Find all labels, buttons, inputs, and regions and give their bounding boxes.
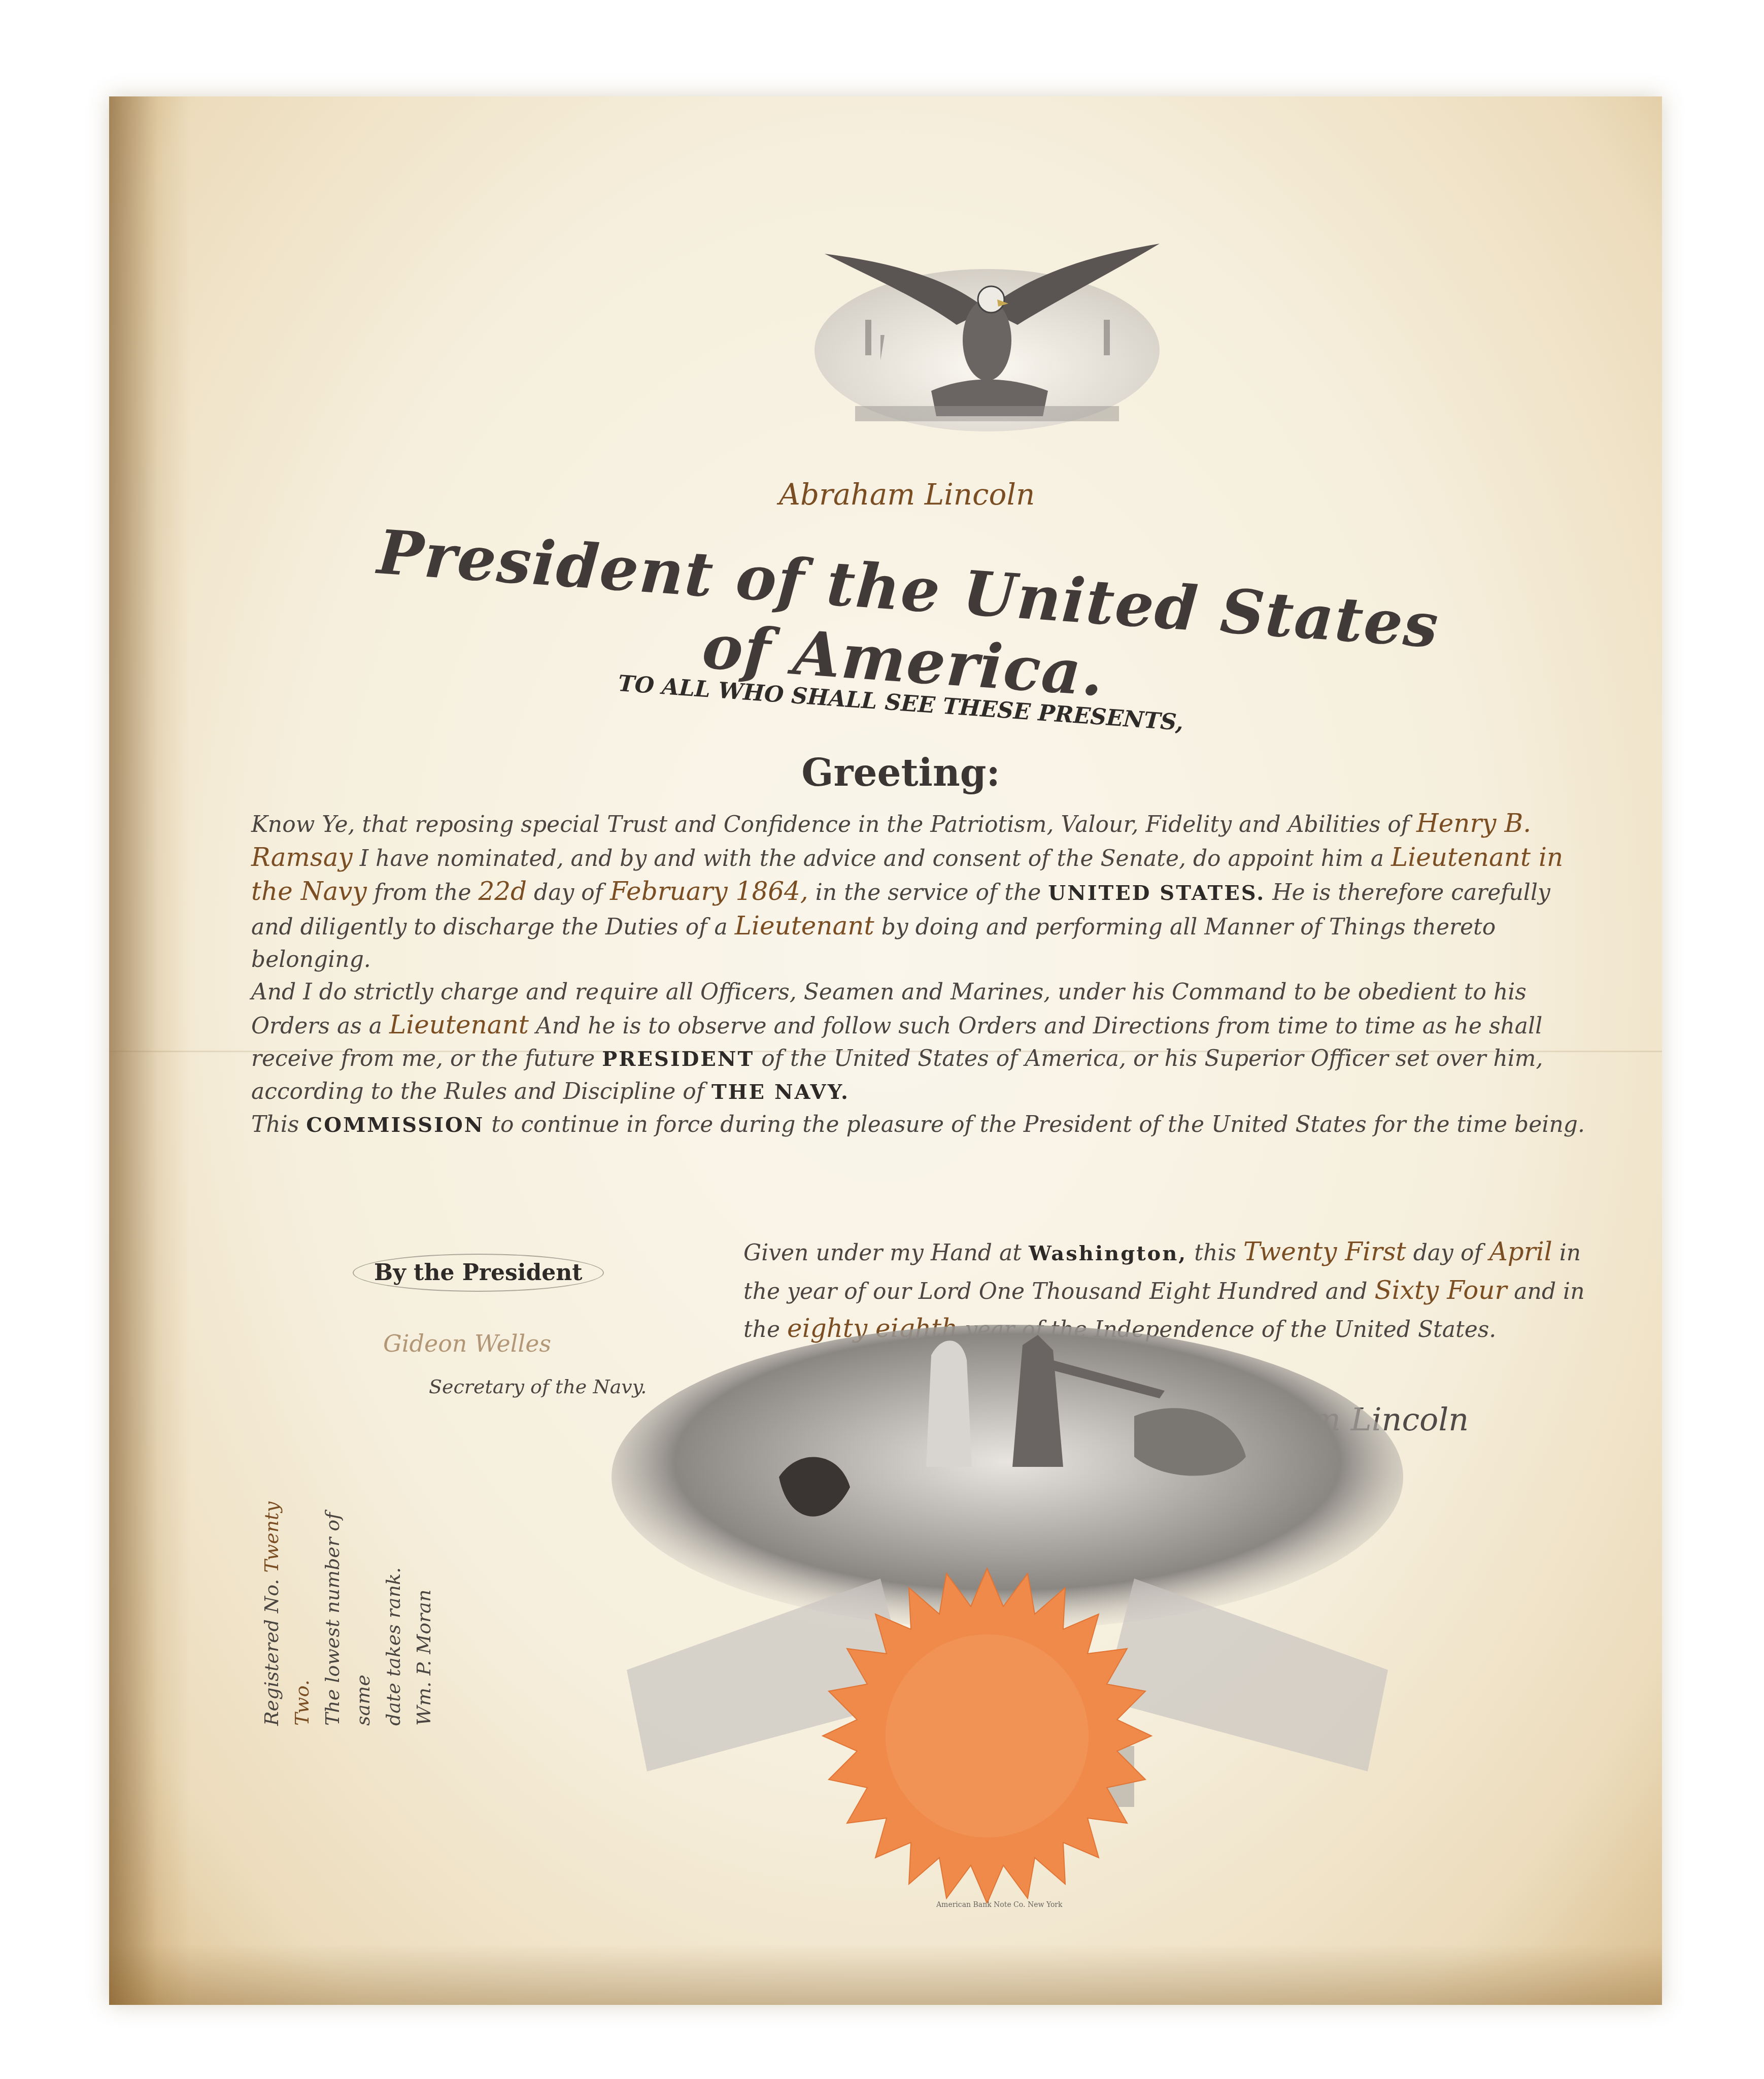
the-navy-caps: THE NAVY.	[711, 1080, 850, 1104]
greeting: Greeting:	[749, 751, 1053, 795]
edge-stain-bottom	[109, 1944, 1662, 2005]
rank-1: Lieutenant	[735, 911, 874, 941]
engraver-credit: American Bank Note Co. New York	[936, 1901, 1063, 1909]
commission-document: Abraham Lincoln President of the United …	[109, 96, 1662, 2005]
registrar-signature: Wm. P. Moran	[409, 1462, 439, 1726]
rank-2: Lieutenant	[389, 1010, 529, 1039]
paragraph-3: This COMMISSION to continue in force dur…	[251, 1109, 1596, 1142]
united-states-caps: UNITED STATES.	[1048, 881, 1265, 905]
paragraph-2: And I do strictly charge and require all…	[251, 976, 1596, 1109]
eagle-vignette	[804, 223, 1170, 437]
paper-seal-icon	[815, 1558, 1160, 1903]
month: April	[1489, 1237, 1552, 1266]
paragraph-1: Know Ye, that reposing special Trust and…	[251, 807, 1596, 976]
commission-caps: COMMISSION	[306, 1113, 484, 1137]
registration-note: Registered No. Twenty Two. The lowest nu…	[256, 1462, 612, 1726]
president-caps: PRESIDENT	[602, 1047, 754, 1071]
header-signature: Abraham Lincoln	[779, 477, 1035, 512]
year: Sixty Four	[1375, 1276, 1507, 1305]
effective-month-year: February 1864,	[610, 877, 808, 906]
day: Twenty First	[1243, 1237, 1406, 1266]
effective-day: 22d	[478, 877, 527, 906]
place: Washington,	[1029, 1242, 1187, 1265]
commission-body: Know Ye, that reposing special Trust and…	[251, 807, 1596, 1142]
by-the-president-label: By the President	[353, 1254, 604, 1292]
eagle-icon	[804, 223, 1170, 437]
